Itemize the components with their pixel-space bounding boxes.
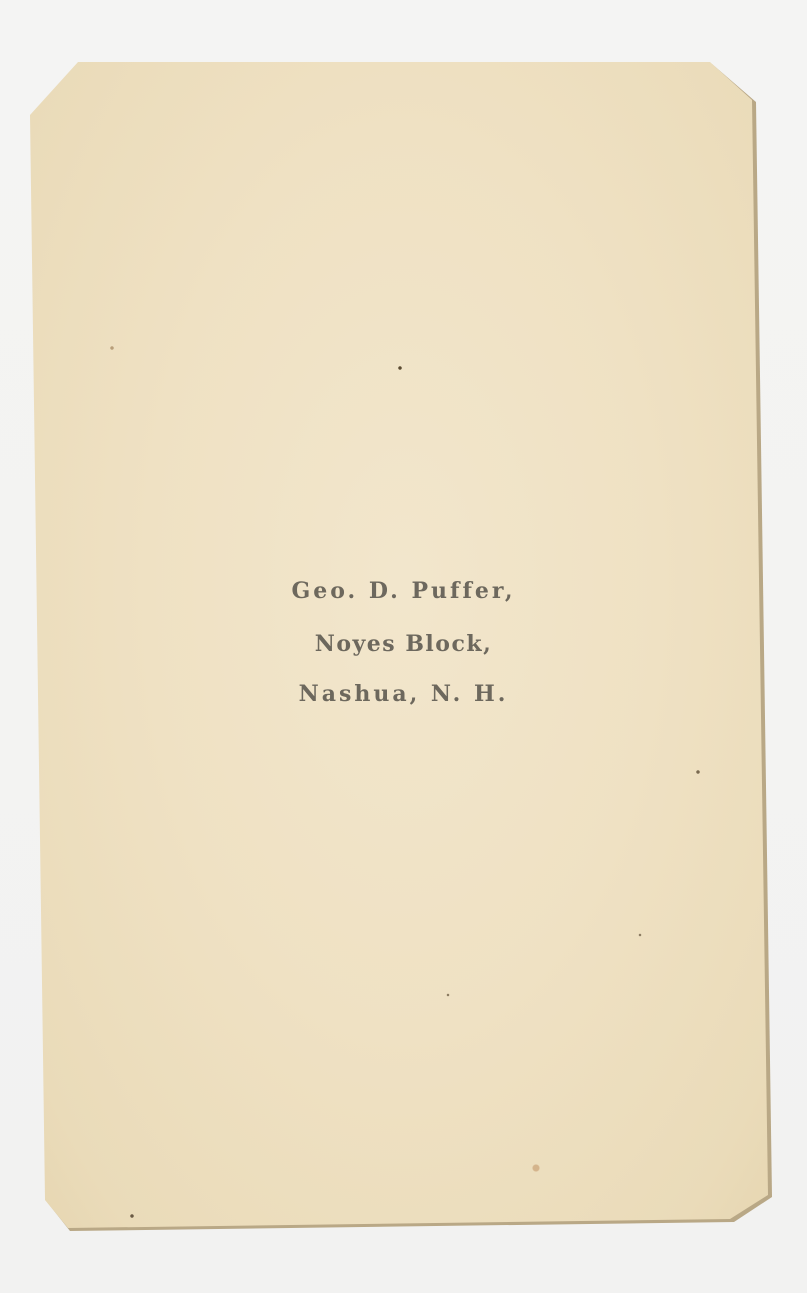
- scan-background: Geo. D. Puffer, Noyes Block, Nashua, N. …: [0, 0, 807, 1293]
- photographer-name: Geo. D. Puffer,: [0, 578, 807, 604]
- studio-address: Noyes Block,: [0, 631, 807, 657]
- studio-city: Nashua, N. H.: [0, 681, 807, 707]
